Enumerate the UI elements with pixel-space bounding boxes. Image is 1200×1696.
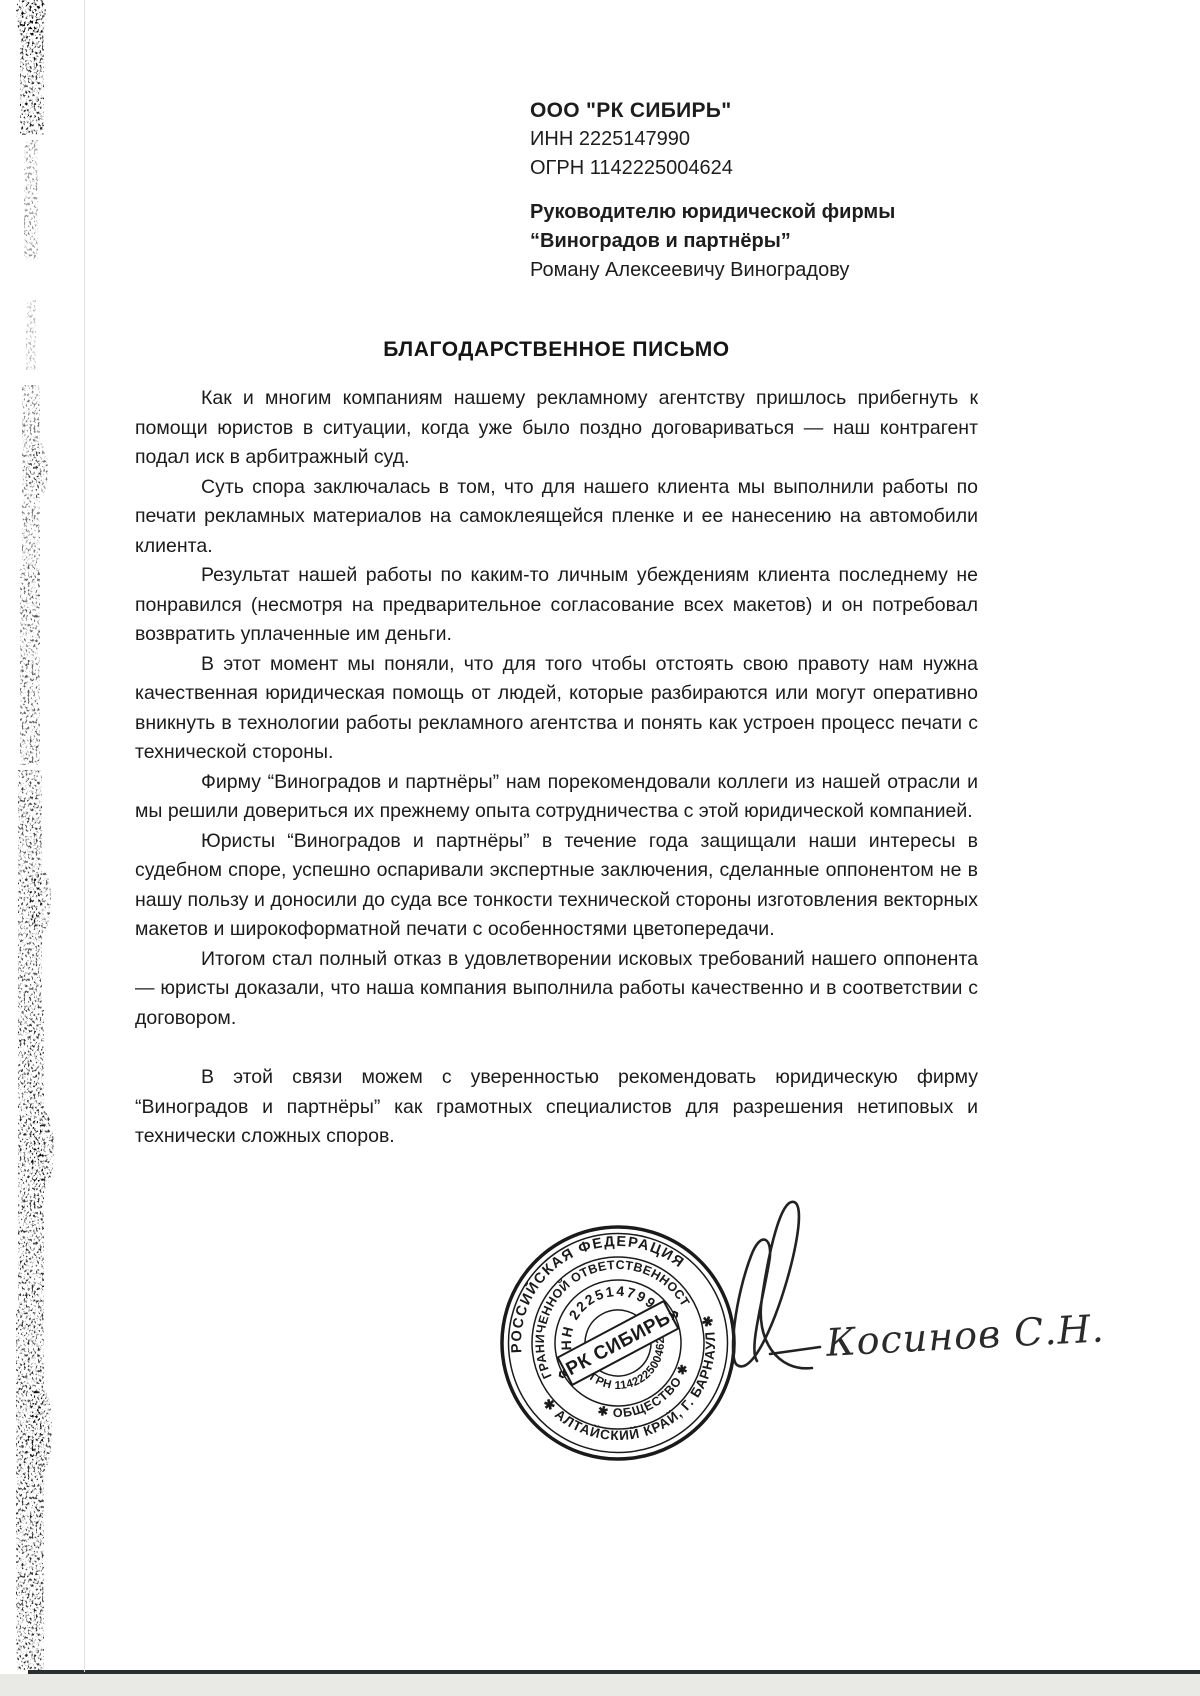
stamp-outer-top-text: РОССИЙСКАЯ ФЕДЕРАЦИЯ [478,1199,691,1359]
svg-text:РОССИЙСКАЯ ФЕДЕРАЦИЯ: РОССИЙСКАЯ ФЕДЕРАЦИЯ [478,1199,691,1359]
paragraph: Фирму “Виноградов и партнёры” нам пореко… [135,768,978,827]
scanner-bed-strip [0,1674,1200,1696]
recipient-firm: “Виноградов и партнёры” [530,227,895,256]
closing-paragraph: В этой связи можем с уверенностью рекоме… [135,1063,978,1152]
svg-text:ИНН 2225147990: ИНН 2225147990 [537,1262,670,1369]
sender-ogrn: ОГРН 1142225004624 [530,154,895,183]
paragraph: Как и многим компаниям нашему рекламному… [135,384,978,473]
paragraph: Результат нашей работы по каким-то личны… [135,561,978,650]
svg-text:С ОГРАНИЧЕННОЙ ОТВЕТСТВЕННОСТЬ: С ОГРАНИЧЕННОЙ ОТВЕТСТВЕННОСТЬЮ [503,1228,695,1386]
scanned-letter-page: ООО "РК СИБИРЬ" ИНН 2225147990 ОГРН 1142… [0,0,1200,1696]
letter-body: Как и многим компаниям нашему рекламному… [135,384,978,1152]
stamp-outer-bottom-text: ✱ АЛТАЙСКИЙ КРАЙ, Г. БАРНАУЛ ✱ [538,1310,752,1478]
paragraph: В этот момент мы поняли, что для того чт… [135,650,978,768]
stamp-middle-bottom-text: ✱ ОБЩЕСТВО ✱ [591,1357,701,1436]
stamp-center-name: «РК СИБИРЬ» [553,1302,684,1385]
stamp-inn-text: ИНН 2225147990 [537,1262,670,1369]
paragraph: Юристы “Виноградов и партнёры” в течение… [135,827,978,945]
company-round-stamp: РОССИЙСКАЯ ФЕДЕРАЦИЯ ✱ АЛТАЙСКИЙ КРАЙ, Г… [461,1186,775,1500]
letterhead: ООО "РК СИБИРЬ" ИНН 2225147990 ОГРН 1142… [530,96,895,285]
paper-fold-line [84,0,85,1672]
recipient-role: Руководителю юридической фирмы [530,198,895,227]
paragraph: Итогом стал полный отказ в удовлетворени… [135,945,978,1034]
left-edge-toner-smudge [16,0,54,1670]
stamp-middle-top-text: С ОГРАНИЧЕННОЙ ОТВЕТСТВЕННОСТЬЮ [503,1228,695,1386]
svg-text:ОГРН 1142225004624: ОГРН 1142225004624 [578,1326,683,1409]
signature-flourish [733,1202,820,1369]
svg-text:✱ АЛТАЙСКИЙ КРАЙ, Г. БАРНАУЛ ✱: ✱ АЛТАЙСКИЙ КРАЙ, Г. БАРНАУЛ ✱ [538,1310,752,1478]
stamp-ogrn-text: ОГРН 1142225004624 [578,1326,683,1409]
sender-inn: ИНН 2225147990 [530,125,895,154]
recipient-block: Руководителю юридической фирмы “Виноград… [530,198,895,285]
recipient-person: Роману Алексеевичу Виноградову [530,256,895,285]
document-title: БЛАГОДАРСТВЕННОЕ ПИСЬМО [135,338,978,362]
bottom-page-edge [28,1670,1200,1674]
signature-name: Косинов С.Н. [825,1303,1167,1365]
svg-text:✱ ОБЩЕСТВО ✱: ✱ ОБЩЕСТВО ✱ [591,1357,701,1436]
sender-company-name: ООО "РК СИБИРЬ" [530,96,895,125]
paragraph: Суть спора заключалась в том, что для на… [135,473,978,562]
